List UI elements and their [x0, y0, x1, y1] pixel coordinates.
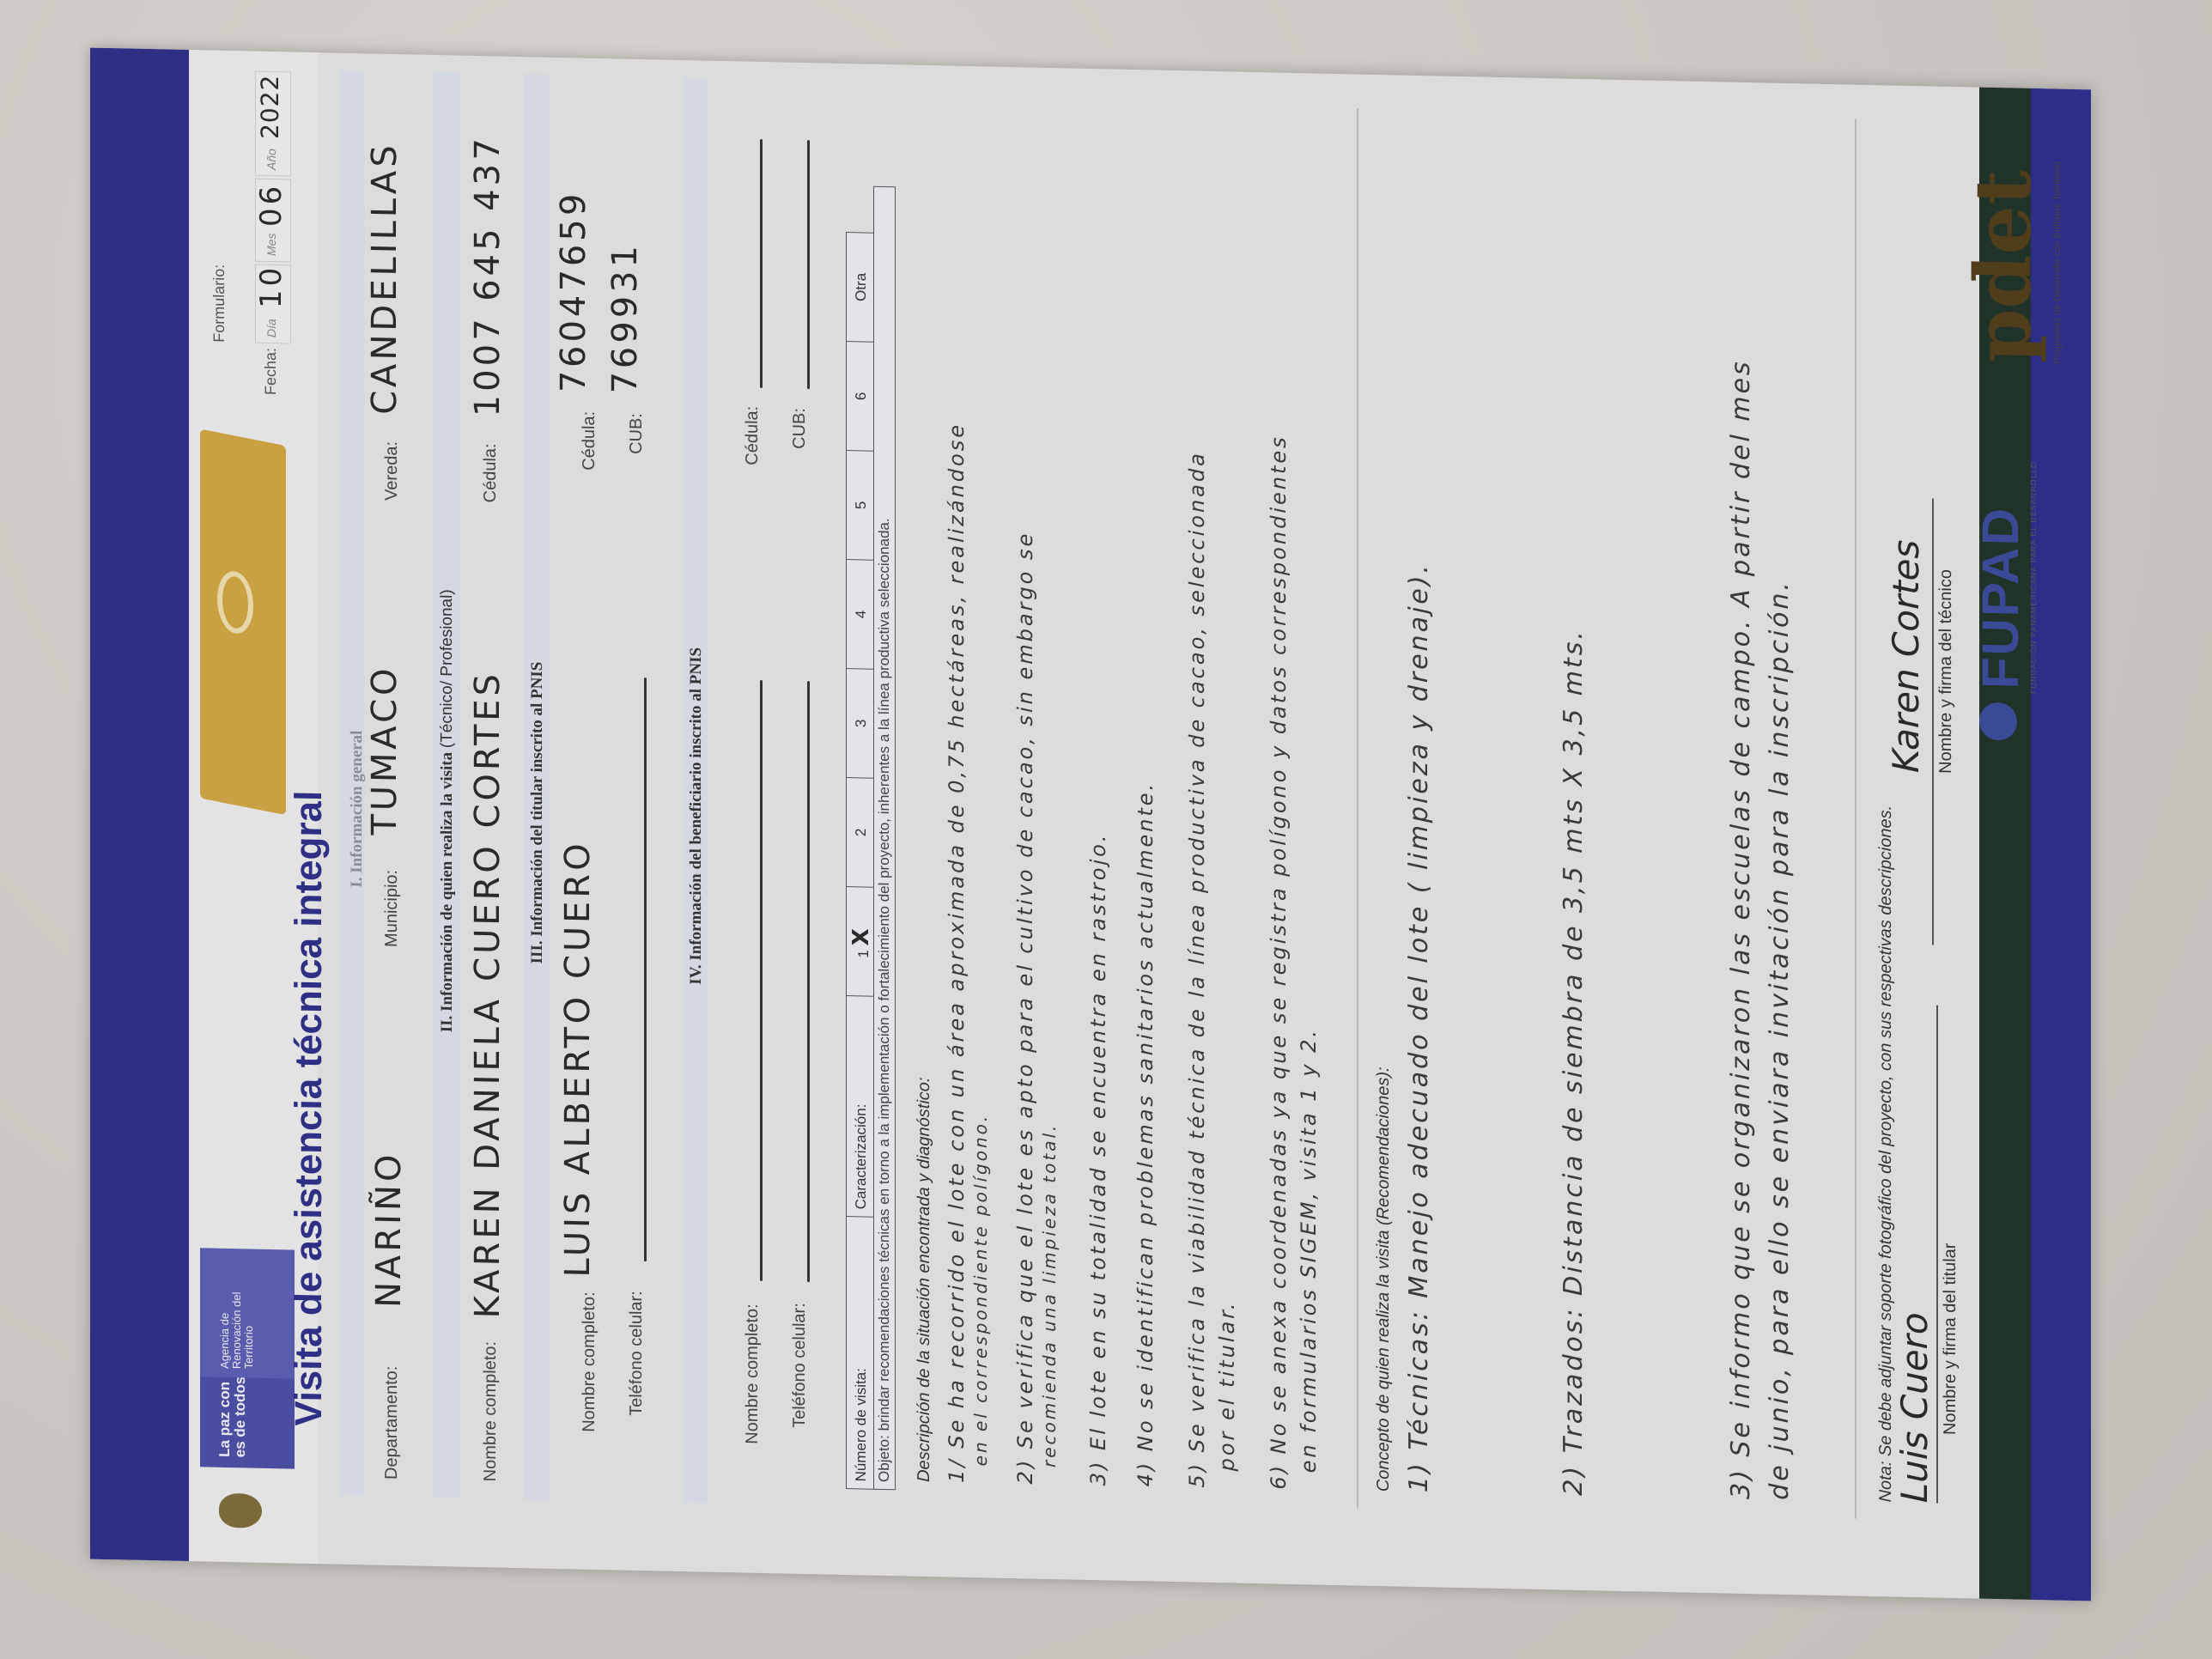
option-5[interactable]: 5	[847, 451, 877, 561]
dia-field[interactable]: Día 10	[255, 264, 291, 344]
concepto-line: 1) Técnicas: Manejo adecuado del lote ( …	[1404, 562, 1434, 1493]
caracterizacion-label: Caracterización:	[847, 996, 877, 1218]
pdet-subtitle: Programas de Desarrollo con Enfoque Terr…	[2052, 161, 2063, 363]
mes-label: Mes	[264, 233, 278, 256]
tecnico-signature-line	[1932, 499, 1934, 945]
concepto-line: de junio, para ello se enviara invitació…	[1765, 580, 1795, 1501]
anio-label: Año	[264, 149, 278, 170]
section-2-note: (Técnico/ Profesional)	[438, 589, 456, 748]
beneficiario-nombre-label: Nombre completo:	[743, 1303, 763, 1444]
descripcion-line: 4) No se identifican problemas sanitario…	[1133, 781, 1158, 1487]
departamento-value[interactable]: NARIÑO	[369, 1151, 409, 1308]
option-2[interactable]: 2	[847, 778, 877, 888]
descripcion-line: 1/ Se ha recorrido el lote con un área a…	[945, 422, 969, 1483]
descripcion-line: recomienda una limpieza total.	[1039, 1122, 1060, 1468]
titular-nombre-label: Nombre completo:	[580, 1291, 599, 1432]
globe-icon	[1979, 702, 2017, 741]
fupad-logo: FUPAD	[1971, 506, 2030, 690]
objeto-text: Objeto: brindar recomendaciones técnicas…	[873, 186, 896, 1491]
colombia-shield-icon	[219, 1493, 262, 1528]
mes-value: 06	[254, 182, 289, 227]
option-4[interactable]: 4	[847, 560, 877, 670]
option-3[interactable]: 3	[847, 669, 877, 779]
fecha-label: Fecha:	[262, 348, 280, 395]
tecnico-cedula-value[interactable]: 1007 645 437	[468, 135, 507, 417]
spiral-icon	[217, 568, 253, 636]
descripcion-line: 6) No se anexa coordenadas ya que se reg…	[1267, 434, 1291, 1490]
titular-telefono-blank[interactable]	[644, 678, 647, 1261]
numero-visita-label: Número de visita:	[847, 1217, 877, 1490]
caracterizacion-table: Número de visita: Caracterización: 1 X 2…	[846, 232, 877, 1490]
concepto-line: 2) Trazados: Distancia de siembra de 3,5…	[1559, 629, 1589, 1496]
option-1-mark: X	[848, 925, 874, 946]
titular-telefono-label: Teléfono celular:	[627, 1291, 647, 1416]
logo-agencia-renovacion: Agencia de Renovación del Territorio	[200, 1248, 295, 1378]
band	[339, 70, 365, 1497]
tecnico-nombre-label: Nombre completo:	[481, 1341, 501, 1482]
descripcion-line: por el titular.	[1215, 1300, 1239, 1471]
section-3-heading: III. Información del titular inscrito al…	[528, 57, 547, 1568]
descripcion-line: 5) Se verifica la viabilidad técnica de …	[1185, 451, 1209, 1488]
option-1[interactable]: 1 X	[847, 887, 877, 997]
titular-nombre-value[interactable]: LUIS ALBERTO CUERO	[558, 840, 598, 1278]
titular-cedula-value[interactable]: 76047659	[554, 190, 593, 393]
tecnico-nombre-value[interactable]: KAREN DANIELA CUERO CORTES	[468, 671, 507, 1319]
concepto-label: Concepto de quien realiza la visita (Rec…	[1374, 1066, 1394, 1492]
titular-signature-label: Nombre y firma del titular	[1941, 1243, 1960, 1435]
fupad-subtitle: FUNDACIÓN PANAMERICANA PARA EL DESARROLL…	[2029, 461, 2038, 694]
section-2-title: II. Información de quien realiza la visi…	[438, 752, 456, 1033]
dia-label: Día	[264, 319, 278, 337]
dia-value: 10	[254, 264, 289, 308]
gold-ministry-logo	[200, 428, 286, 815]
option-otra[interactable]: Otra	[847, 233, 877, 343]
descripcion-line: en el correspondiente polígono.	[970, 1114, 991, 1467]
departamento-label: Departamento:	[382, 1365, 402, 1480]
concepto-line: 3) Se informo que se organizaron las esc…	[1726, 359, 1756, 1499]
section-4-heading: IV. Información del beneficiario inscrit…	[687, 60, 706, 1571]
form-page: La paz con legalidad es de todos Agencia…	[90, 48, 2091, 1601]
municipio-value[interactable]: TUMACO	[365, 665, 404, 836]
option-1-label: 1	[855, 950, 872, 958]
beneficiario-telefono-label: Teléfono celular:	[790, 1303, 810, 1428]
titular-cedula-label: Cédula:	[580, 411, 599, 471]
header-band	[90, 48, 189, 1561]
descripcion-line: 3) El lote en su totalidad se encuentra …	[1086, 832, 1110, 1486]
titular-signature[interactable]: Luis Cuero	[1893, 1312, 1935, 1504]
formulario-label: Formulario:	[210, 264, 228, 342]
titular-cub-label: CUB:	[627, 413, 647, 454]
beneficiario-cedula-blank[interactable]	[760, 139, 763, 388]
beneficiario-cub-label: CUB:	[790, 408, 810, 449]
anio-field[interactable]: Año 2022	[255, 71, 291, 177]
titular-cub-value[interactable]: 769931	[605, 241, 645, 394]
anio-value: 2022	[256, 74, 284, 139]
tecnico-cedula-label: Cédula:	[481, 443, 501, 502]
section-divider	[1855, 119, 1856, 1519]
page-title: Visita de asistencia técnica integral	[288, 790, 331, 1426]
section-divider	[1357, 108, 1358, 1508]
option-6[interactable]: 6	[847, 342, 877, 452]
descripcion-line: en formularios SIGEM, visita 1 y 2.	[1297, 1028, 1321, 1474]
tecnico-signature[interactable]: Karen Cortes	[1885, 539, 1927, 773]
pdet-logo: pdet	[1958, 168, 2049, 363]
vereda-value[interactable]: CANDELILLAS	[365, 142, 404, 416]
descripcion-line: 2) Se verifica que el lote es apto para …	[1013, 531, 1037, 1484]
municipio-label: Municipio:	[382, 870, 402, 948]
beneficiario-nombre-blank[interactable]	[760, 680, 763, 1281]
descripcion-label: Descripción de la situación encontrada y…	[915, 1077, 934, 1482]
section-2-heading: II. Información de quien realiza la visi…	[438, 55, 457, 1566]
mes-field[interactable]: Mes 06	[255, 179, 291, 263]
beneficiario-cedula-label: Cédula:	[743, 406, 763, 465]
beneficiario-cub-blank[interactable]	[807, 140, 810, 389]
beneficiario-telefono-blank[interactable]	[807, 681, 810, 1282]
vereda-label: Vereda:	[382, 441, 402, 501]
tecnico-signature-label: Nombre y firma del técnico	[1936, 569, 1956, 774]
titular-signature-line	[1936, 1006, 1938, 1504]
